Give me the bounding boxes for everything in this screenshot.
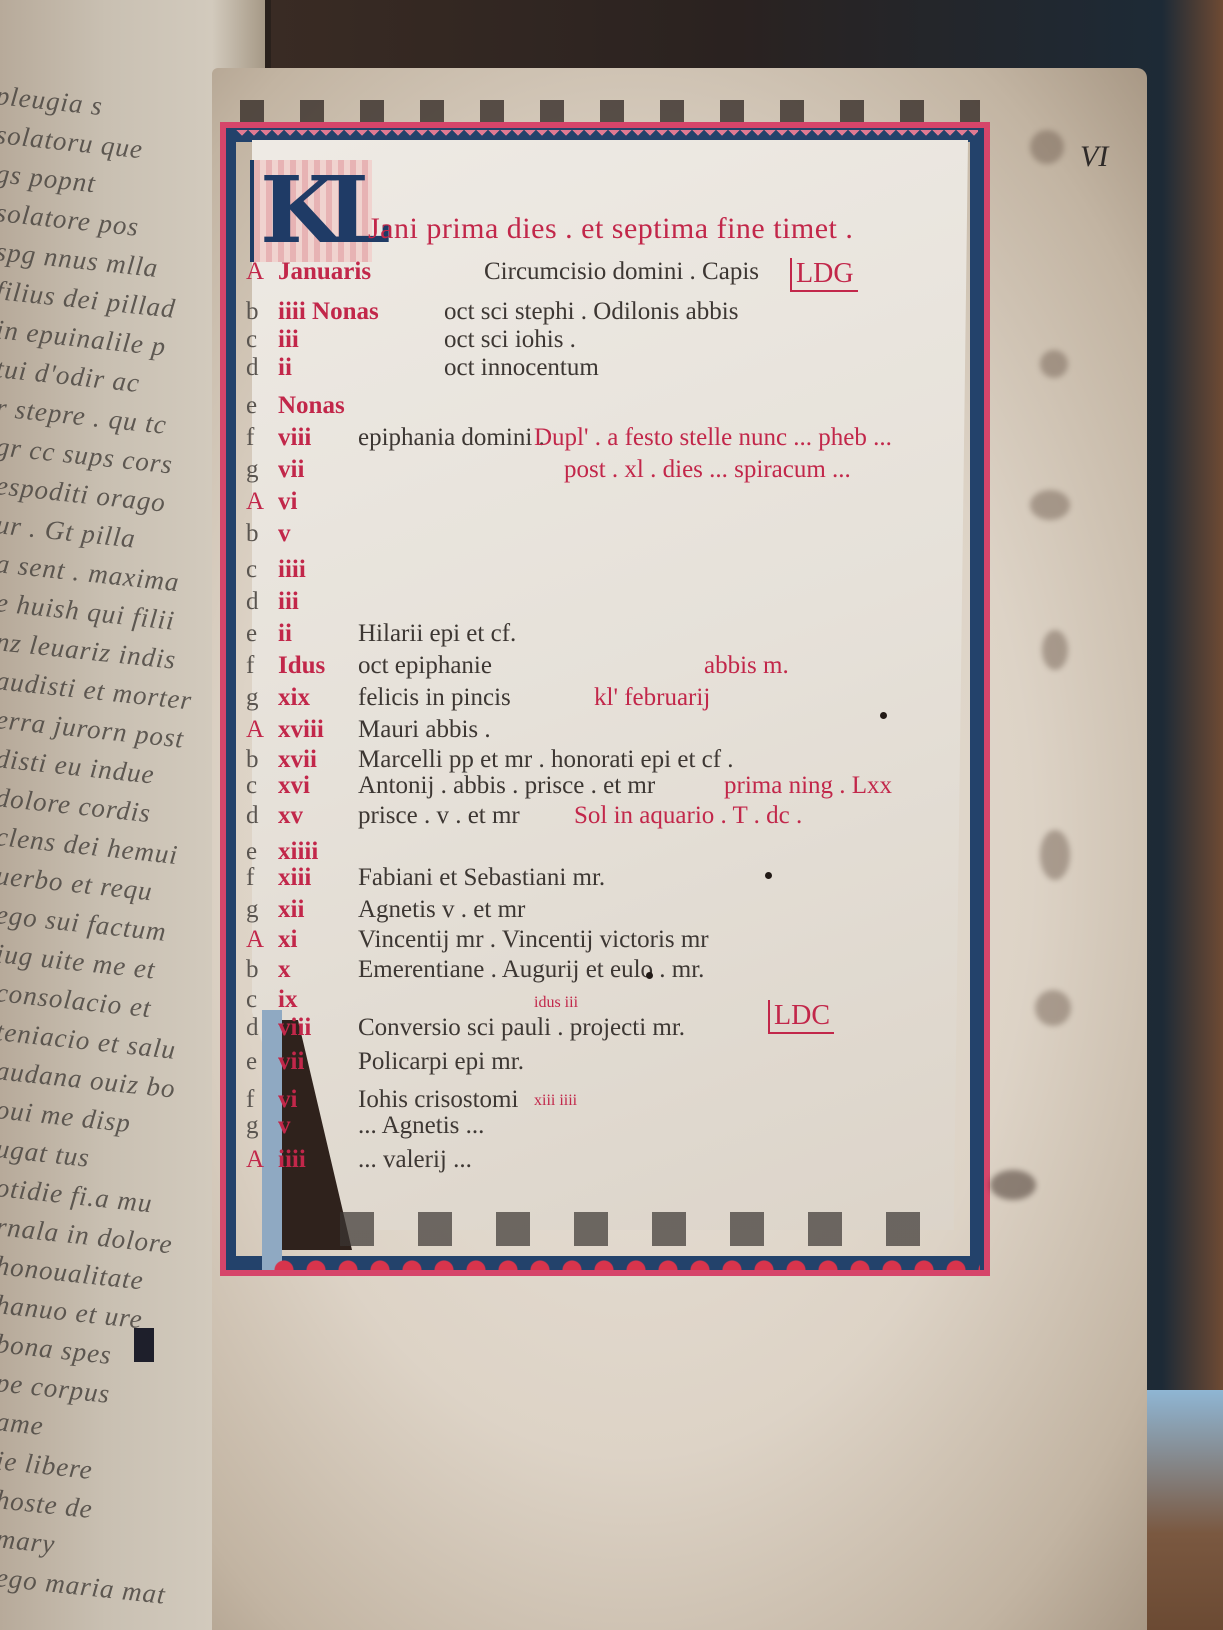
folio-number: VI: [1080, 140, 1108, 174]
dominical-letter: f: [246, 1086, 276, 1114]
rubric-note: post . xl . dies ... spiracum ...: [564, 456, 851, 484]
feast-entry: Circumcisio domini . Capis: [484, 258, 759, 286]
dominical-letter: e: [246, 1048, 276, 1076]
roman-day-count: xv: [278, 802, 303, 830]
left-page-text-line: ugat tus: [0, 1133, 91, 1174]
roman-day-count: x: [278, 956, 291, 984]
calendar-row: dviii Conversio sci pauli . projecti mr.…: [234, 1014, 974, 1046]
dominical-letter: f: [246, 652, 276, 680]
left-page-text-line: tui d'odir ac: [0, 353, 142, 399]
feast-entry: epiphania domini .: [358, 424, 545, 452]
rubric-note: prima ning . Lxx: [724, 772, 892, 800]
roman-day-count: viii: [278, 424, 311, 452]
left-page-text-line: oui me disp: [0, 1094, 132, 1139]
calendar-row: gxix felicis in pinciskl' februarij: [234, 684, 974, 716]
dominical-letter: f: [246, 864, 276, 892]
left-page-text-line: hanuo et ure: [0, 1289, 144, 1335]
calendar-row: gxii Agnetis v . et mr: [234, 896, 974, 928]
feast-entry: Mauri abbis .: [358, 716, 491, 744]
roman-day-count: v: [278, 1112, 291, 1140]
calendar-row: Axviii Mauri abbis .: [234, 716, 974, 748]
calendar-row: gv ... Agnetis ...xiii iiii: [234, 1112, 974, 1144]
left-page-text-line: bona spes: [0, 1328, 113, 1371]
roman-day-count: xiiii: [278, 838, 318, 866]
dominical-letter: c: [246, 772, 276, 800]
left-page-text-line: spg nnus mlla: [0, 236, 160, 284]
left-page-text-line: consolacio et: [0, 977, 153, 1024]
feast-entry: Antonij . abbis . prisce . et mr: [358, 772, 655, 800]
calendar-row: diii: [234, 588, 974, 620]
dominical-letter: c: [246, 556, 276, 584]
dominical-letter: b: [246, 298, 276, 326]
top-border-decoration: [240, 100, 980, 126]
left-page-text-line: solatoru que: [0, 119, 145, 165]
calendar-row: fxiii Fabiani et Sebastiani mr.: [234, 864, 974, 896]
feast-entry: Marcelli pp et mr . honorati epi et cf .: [358, 746, 734, 774]
roman-day-count: iiii: [278, 1146, 306, 1174]
roman-day-count: Januaris: [278, 258, 371, 286]
feast-entry: oct epiphanie: [358, 652, 492, 680]
dominical-letter: d: [246, 354, 276, 382]
calendar-row: eNonas: [234, 392, 974, 424]
left-page-text-line: ego maria mat: [0, 1562, 167, 1611]
left-page-text-line: pe corpus: [0, 1367, 112, 1410]
calendar-row: Aiiii ... valerij ...: [234, 1146, 974, 1178]
dominical-letter: A: [246, 258, 276, 286]
calendar-row: cxvi Antonij . abbis . prisce . et mrpri…: [234, 772, 974, 804]
roman-day-count: xiii: [278, 864, 311, 892]
feast-entry: oct innocentum: [444, 354, 599, 382]
calendar-row: evii Policarpi epi mr.: [234, 1048, 974, 1080]
roman-day-count: xvi: [278, 772, 310, 800]
roman-day-count: ix: [278, 986, 297, 1014]
calendar-row: bv: [234, 520, 974, 552]
roman-day-count: viii: [278, 1014, 311, 1042]
feast-entry: Vincentij mr . Vincentij victoris mr: [358, 926, 709, 954]
roman-day-count: xii: [278, 896, 304, 924]
left-page-text-line: mary: [0, 1523, 57, 1560]
dominical-letter: e: [246, 620, 276, 648]
roman-day-count: vii: [278, 1048, 304, 1076]
roman-day-count: Idus: [278, 652, 325, 680]
dominical-letter: d: [246, 802, 276, 830]
left-page-text-line: disti eu indue: [0, 743, 156, 791]
feast-entry: ... valerij ...: [358, 1146, 472, 1174]
dominical-letter: g: [246, 896, 276, 924]
dominical-letter: g: [246, 456, 276, 484]
roman-day-count: iiii Nonas: [278, 298, 379, 326]
roman-day-count: v: [278, 520, 291, 548]
left-page-text-line: ie libere: [0, 1445, 94, 1486]
left-page-text-line: honoualitate: [0, 1250, 145, 1296]
left-page-text-line: iug uite me et: [0, 938, 157, 986]
feast-entry: Agnetis v . et mr: [358, 896, 525, 924]
zigzag-border-bottom: [268, 1252, 980, 1270]
rubric-note: Sol in aquario . T . dc .: [574, 802, 802, 830]
dominical-letter: g: [246, 684, 276, 712]
superscript-note: idus iii: [534, 994, 578, 1012]
feast-entry: Fabiani et Sebastiani mr.: [358, 864, 605, 892]
roman-day-count: xix: [278, 684, 310, 712]
bottom-border-decoration: [340, 1212, 960, 1246]
feast-entry: ... Agnetis ...: [358, 1112, 484, 1140]
roman-day-count: vi: [278, 488, 297, 516]
ink-spot: [880, 712, 887, 719]
dominical-letter: e: [246, 392, 276, 420]
calendar-row: gvii post . xl . dies ... spiracum ...: [234, 456, 974, 488]
feast-entry: prisce . v . et mr: [358, 802, 520, 830]
left-page-text-line: otidie fi.a mu: [0, 1172, 154, 1219]
left-page-text-line: uerbo et requ: [0, 860, 154, 907]
calendar-row: ciiii: [234, 556, 974, 588]
left-page-text-line: dolore cordis: [0, 782, 153, 829]
calendar-row: dxv prisce . v . et mrSol in aquario . T…: [234, 802, 974, 834]
roman-day-count: Nonas: [278, 392, 345, 420]
roman-day-count: vii: [278, 456, 304, 484]
dominical-letter: d: [246, 588, 276, 616]
left-page-text-line: solatore pos: [0, 197, 141, 243]
dominical-letter: d: [246, 1014, 276, 1042]
roman-day-count: vi: [278, 1086, 297, 1114]
feast-entry: Hilarii epi et cf.: [358, 620, 516, 648]
dominical-letter: b: [246, 956, 276, 984]
dominical-letter: A: [246, 488, 276, 516]
roman-day-count: xvii: [278, 746, 317, 774]
feast-entry: oct sci iohis .: [444, 326, 576, 354]
roman-day-count: ii: [278, 620, 292, 648]
dominical-letter: A: [246, 1146, 276, 1174]
roman-day-count: iii: [278, 326, 299, 354]
roman-day-count: iii: [278, 588, 299, 616]
feast-entry: Policarpi epi mr.: [358, 1048, 524, 1076]
month-heading: Jani prima dies . et septima fine timet …: [368, 212, 853, 246]
ink-spot: [765, 872, 772, 879]
calendar-row: fIdus oct epiphanieabbis m.: [234, 652, 974, 684]
dominical-letter: c: [246, 986, 276, 1014]
ink-spot: [646, 972, 653, 979]
dominical-letter: e: [246, 838, 276, 866]
kl-initial: KL: [250, 160, 372, 262]
left-page-text-line: gs popnt: [0, 158, 97, 199]
dominical-letter: A: [246, 716, 276, 744]
calendar-row: bx Emerentiane . Augurij et eulo . mr.: [234, 956, 974, 988]
worm-hole: [134, 1328, 154, 1362]
calendar-row: Axi Vincentij mr . Vincentij victoris mr: [234, 926, 974, 958]
dominical-letter: A: [246, 926, 276, 954]
feast-entry: Emerentiane . Augurij et eulo . mr.: [358, 956, 704, 984]
calendar-row: eii Hilarii epi et cf.: [234, 620, 974, 652]
rubric-note: kl' februarij: [594, 684, 710, 712]
feast-entry: felicis in pincis: [358, 684, 511, 712]
roman-day-count: ii: [278, 354, 292, 382]
feast-entry: Conversio sci pauli . projecti mr.: [358, 1014, 685, 1042]
dominical-letter: f: [246, 424, 276, 452]
calendar-row: AJanuarisCircumcisio domini . Capis: [234, 258, 974, 290]
rubric-note: abbis m.: [704, 652, 789, 680]
feast-entry: Iohis crisostomi: [358, 1086, 518, 1114]
left-page-text-line: hoste de: [0, 1484, 94, 1525]
right-margin-stains: [990, 130, 1140, 1430]
superscript-note: xiii iiii: [534, 1092, 577, 1110]
roman-day-count: xviii: [278, 716, 324, 744]
feast-entry: oct sci stephi . Odilonis abbis: [444, 298, 738, 326]
left-page-text-line: ur . Gt pilla: [0, 509, 137, 555]
dominical-letter: c: [246, 326, 276, 354]
calendar-row: fviii epiphania domini .Dupl' . a festo …: [234, 424, 974, 456]
rubric-note: Dupl' . a festo stelle nunc ... pheb ...: [534, 424, 892, 452]
calendar-row: Avi: [234, 488, 974, 520]
left-page-text-line: ame: [0, 1406, 45, 1442]
dominical-letter: b: [246, 746, 276, 774]
dominical-letter: b: [246, 520, 276, 548]
calendar-row: dii oct innocentum: [234, 354, 974, 386]
dominical-letter: g: [246, 1112, 276, 1140]
left-page-text-line: pleugia s: [0, 80, 104, 122]
roman-day-count: xi: [278, 926, 297, 954]
roman-day-count: iiii: [278, 556, 306, 584]
